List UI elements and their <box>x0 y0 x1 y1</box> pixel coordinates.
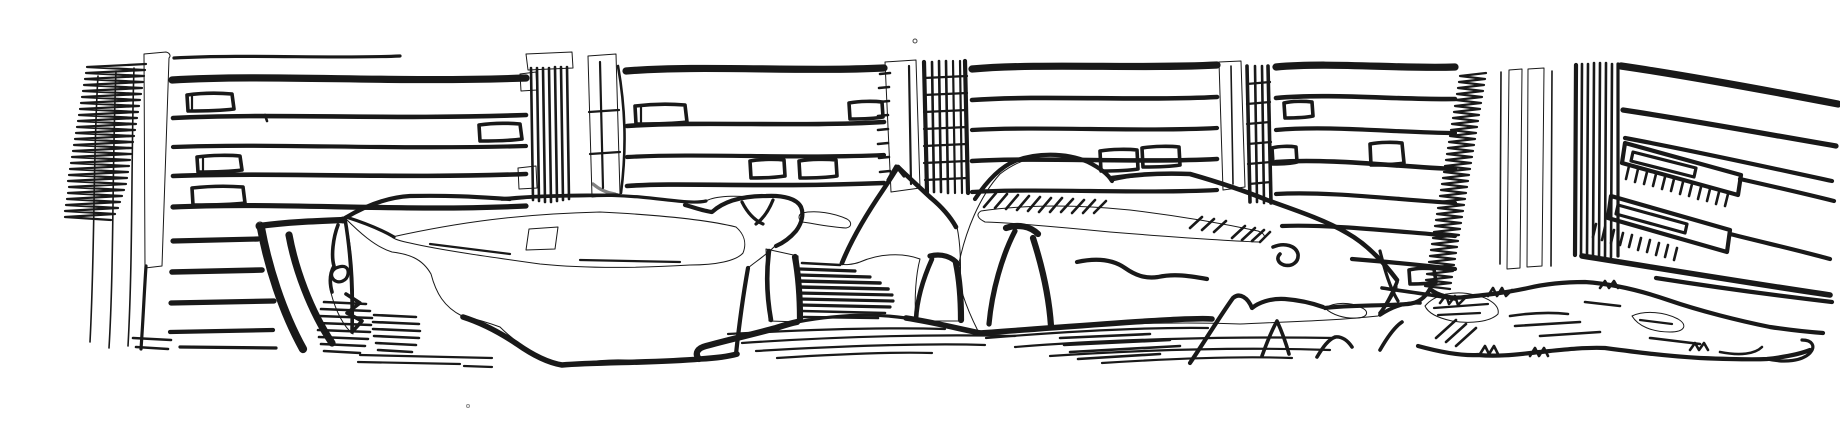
bed-2-sheet-peak <box>840 167 961 321</box>
blanket-diagonal-hatching <box>984 193 1270 242</box>
drawer-front <box>1608 196 1730 252</box>
bunk-label-card <box>187 93 234 111</box>
barracks-sketch <box>40 16 1840 428</box>
barred-vent-post-2 <box>1247 66 1271 203</box>
ground-shadow-lines <box>728 328 1335 363</box>
bed-3-curl <box>1273 245 1298 266</box>
fur-scribbles <box>1436 302 1700 346</box>
bunk-label-card <box>197 155 242 172</box>
bunk-label-card <box>799 159 837 178</box>
chest-side-shading <box>1575 63 1618 258</box>
bunk-label-card <box>1284 101 1313 118</box>
bunk-label-card <box>750 159 785 178</box>
wall-post-dark <box>588 54 625 197</box>
wall-post-solid-2 <box>1219 61 1245 190</box>
drawer-chest <box>1575 63 1838 302</box>
wall-post-left <box>133 52 171 349</box>
barred-vent-post <box>924 61 968 193</box>
left-edge-hatching <box>65 64 146 348</box>
bed-2-shadow-hatching <box>798 263 893 318</box>
bunk-label-card <box>1142 146 1180 167</box>
fur-ticks <box>1440 281 1708 356</box>
plank-wall-section-4 <box>1272 65 1455 301</box>
bunk-label-card <box>635 104 687 124</box>
right-edge-hatching <box>1425 73 1486 289</box>
plank-wall-section-2 <box>502 68 884 199</box>
bunk-label-card <box>479 123 522 141</box>
bed-3-fold <box>989 226 1051 326</box>
bed-1-shadow-hatching <box>318 302 492 367</box>
bunk-label-card <box>192 186 245 205</box>
bed-1-dark-blanket <box>392 212 745 268</box>
bed-3-crease-line <box>1077 260 1207 279</box>
bunk-label-card <box>1370 142 1404 165</box>
wall-post-double <box>1500 68 1552 269</box>
sketch-page <box>40 16 1840 428</box>
chest-plank-lines <box>1582 66 1838 302</box>
